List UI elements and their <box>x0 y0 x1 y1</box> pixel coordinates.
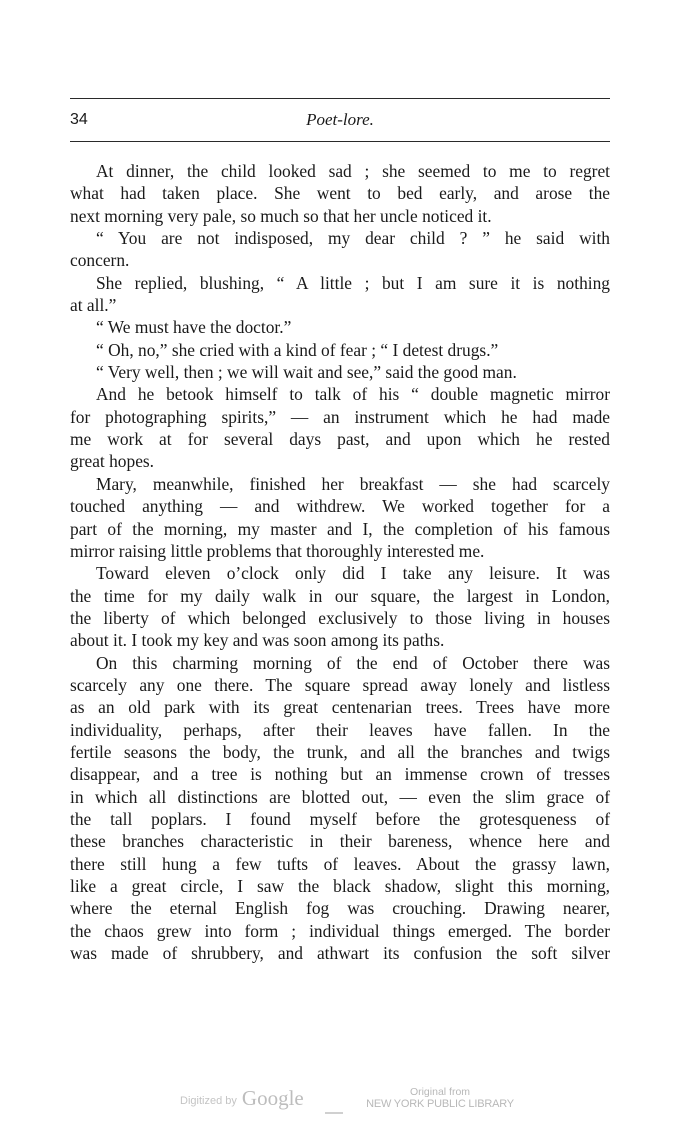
text-line: for photographing spirits,” — an instrum… <box>70 406 610 428</box>
original-source-notice: Original from NEW YORK PUBLIC LIBRARY <box>360 1086 520 1110</box>
text-line: On this charming morning of the end of O… <box>70 652 610 674</box>
text-line: these branches characteristic in their b… <box>70 830 610 852</box>
text-line: “ You are not indisposed, my dear child … <box>70 227 610 249</box>
digitized-prefix: Digitized by <box>180 1095 237 1107</box>
text-line: next morning very pale, so much so that … <box>70 205 610 227</box>
text-line: touched anything — and withdrew. We work… <box>70 495 610 517</box>
text-line: in which all distinctions are blotted ou… <box>70 786 610 808</box>
text-line: “ Very well, then ; we will wait and see… <box>70 361 610 383</box>
text-line: the liberty of which belonged exclusivel… <box>70 607 610 629</box>
text-line: at all.” <box>70 294 610 316</box>
header-bottom-rule <box>70 141 610 142</box>
text-line: the chaos grew into form ; individual th… <box>70 920 610 942</box>
text-line: At dinner, the child looked sad ; she se… <box>70 160 610 182</box>
text-line: about it. I took my key and was soon amo… <box>70 629 610 651</box>
text-line: where the eternal English fog was crouch… <box>70 897 610 919</box>
book-page: 34 Poet-lore. At dinner, the child looke… <box>70 0 610 1125</box>
text-line: concern. <box>70 249 610 271</box>
text-line: mirror raising little problems that thor… <box>70 540 610 562</box>
text-line: Toward eleven o’clock only did I take an… <box>70 562 610 584</box>
body-text: At dinner, the child looked sad ; she se… <box>70 160 610 964</box>
text-line: “ Oh, no,” she cried with a kind of fear… <box>70 339 610 361</box>
original-from-label: Original from <box>360 1086 520 1098</box>
library-name: NEW YORK PUBLIC LIBRARY <box>360 1098 520 1110</box>
text-line: disappear, and a tree is nothing but an … <box>70 763 610 785</box>
running-head: 34 Poet-lore. <box>70 108 610 132</box>
text-line: the tall poplars. I found myself before … <box>70 808 610 830</box>
text-line: scarcely any one there. The square sprea… <box>70 674 610 696</box>
text-line: She replied, blushing, “ A little ; but … <box>70 272 610 294</box>
scan-watermark-footer: Digitized by Google Original from NEW YO… <box>0 1086 680 1116</box>
text-line: individuality, perhaps, after their leav… <box>70 719 610 741</box>
text-line: And he betook himself to talk of his “ d… <box>70 383 610 405</box>
header-top-rule <box>70 98 610 99</box>
digitized-by-notice: Digitized by Google <box>180 1088 304 1111</box>
text-line: there still hung a few tufts of leaves. … <box>70 853 610 875</box>
text-line: me work at for several days past, and up… <box>70 428 610 450</box>
text-line: was made of shrubbery, and athwart its c… <box>70 942 610 964</box>
google-logo: Google <box>242 1086 304 1110</box>
text-line: the time for my daily walk in our square… <box>70 585 610 607</box>
journal-title: Poet-lore. <box>70 108 610 132</box>
text-line: fertile seasons the body, the trunk, and… <box>70 741 610 763</box>
footer-scan-mark <box>325 1112 343 1114</box>
text-line: what had taken place. She went to bed ea… <box>70 182 610 204</box>
text-line: Mary, meanwhile, finished her breakfast … <box>70 473 610 495</box>
text-line: great hopes. <box>70 450 610 472</box>
text-line: “ We must have the doctor.” <box>70 316 610 338</box>
text-line: part of the morning, my master and I, th… <box>70 518 610 540</box>
text-line: like a great circle, I saw the black sha… <box>70 875 610 897</box>
text-line: as an old park with its great centenaria… <box>70 696 610 718</box>
